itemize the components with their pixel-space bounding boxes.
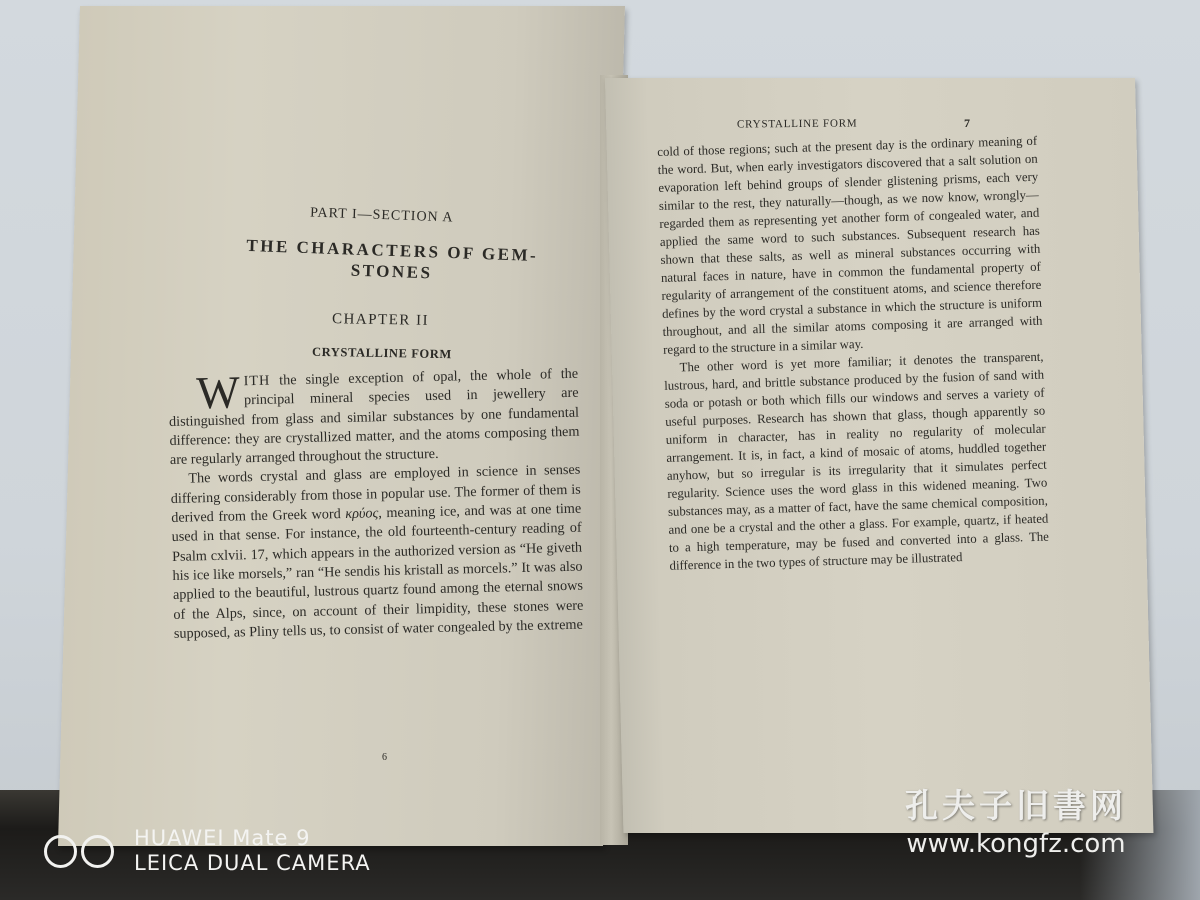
chapter-heading: CHAPTER II	[332, 311, 429, 330]
site-url: www.kongfz.com	[905, 829, 1127, 859]
drop-cap-continuation: ITH	[243, 373, 270, 390]
paragraph: WITH the single exception of opal, the w…	[168, 365, 580, 471]
camera-model: HUAWEI Mate 9	[134, 826, 371, 851]
right-page-number: 7	[964, 116, 970, 131]
right-page-body: cold of those regions; such at the prese…	[657, 132, 1050, 575]
camera-label: HUAWEI Mate 9 LEICA DUAL CAMERA	[134, 826, 371, 876]
paragraph: cold of those regions; such at the prese…	[657, 132, 1043, 359]
paragraph: The words crystal and glass are employed…	[170, 461, 584, 644]
camera-lens: LEICA DUAL CAMERA	[134, 851, 371, 876]
paragraph: The other word is yet more familiar; it …	[663, 348, 1049, 575]
left-page-body: WITH the single exception of opal, the w…	[168, 365, 584, 644]
lens-ring	[44, 835, 77, 868]
camera-watermark: HUAWEI Mate 9 LEICA DUAL CAMERA	[44, 826, 371, 876]
greek-word: κρύος	[345, 505, 378, 522]
chapter-title: CRYSTALLINE FORM	[312, 345, 452, 362]
dual-lens-rings-icon	[44, 835, 114, 868]
left-page-number: 6	[382, 752, 387, 763]
drop-cap: W	[196, 374, 240, 411]
site-name-chinese: 孔夫子旧書网	[905, 780, 1127, 827]
site-watermark: 孔夫子旧書网 www.kongfz.com	[905, 780, 1127, 859]
running-head: CRYSTALLINE FORM	[737, 117, 858, 130]
lens-ring	[81, 835, 114, 868]
